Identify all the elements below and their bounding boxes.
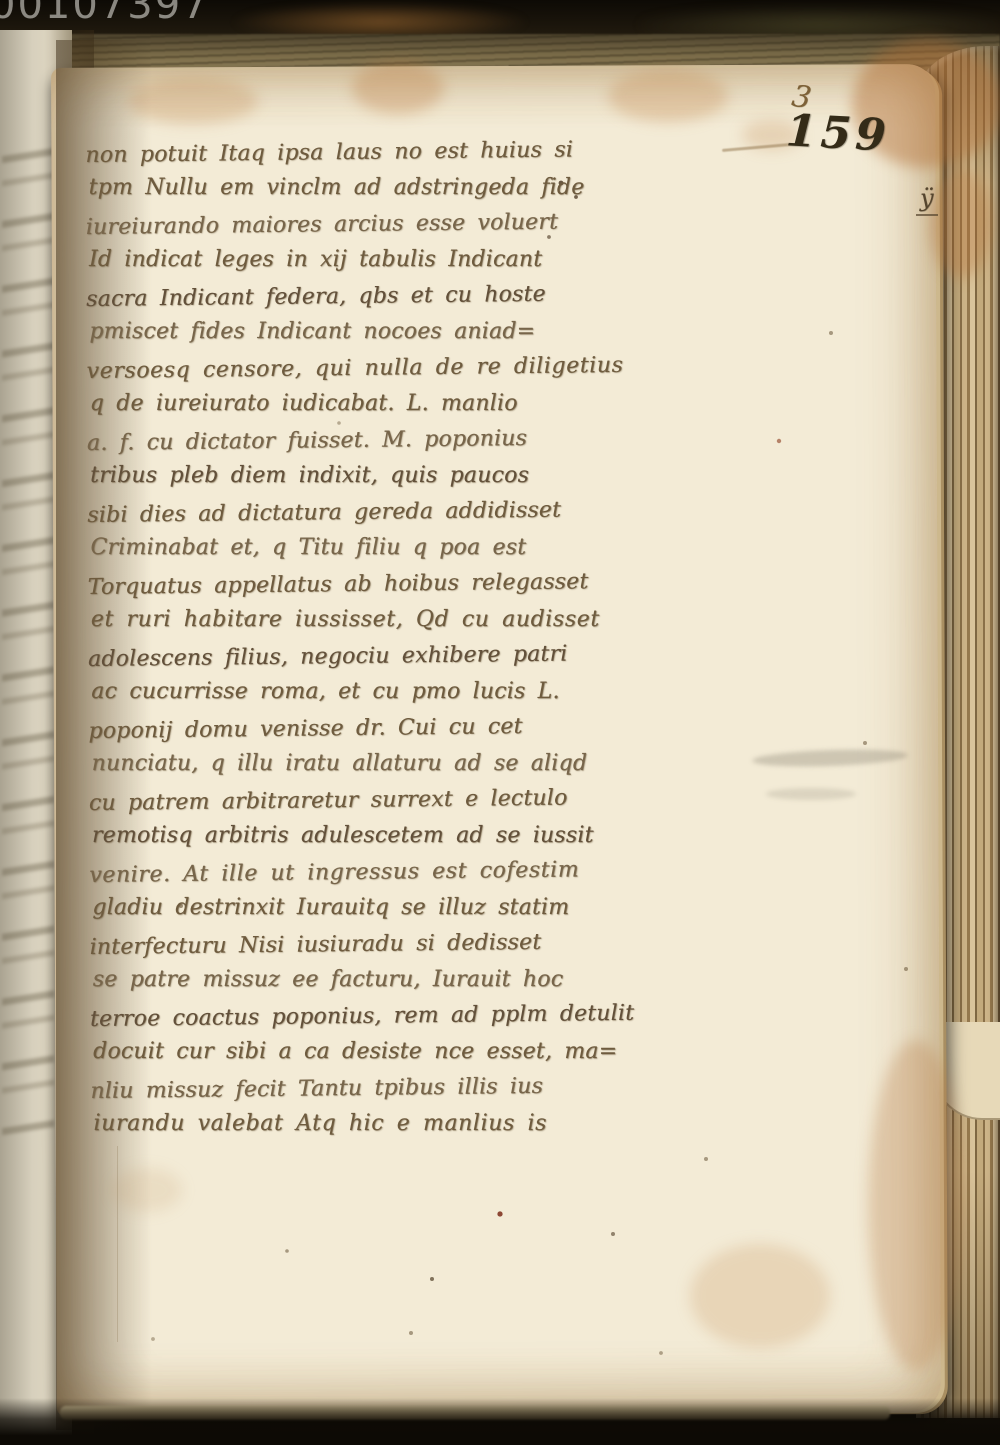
manuscript-line: tribus pleb diem indixit, quis paucos: [90, 458, 790, 494]
manuscript-line: Torquatus appellatus ab hoibus relegasse…: [88, 562, 788, 606]
manuscript-line: iurandu valebat Atq hic e manlius is: [94, 1106, 794, 1142]
manuscript-line: a. f. cu dictator fuisset. M. poponius: [87, 418, 787, 462]
book-bottom-background: [0, 1398, 1000, 1445]
manuscript-line: Criminabat et, q Titu filiu q poa est: [91, 530, 791, 566]
digitization-id-watermark: 00107397: [0, 0, 210, 28]
manuscript-line: ac cucurrisse roma, et cu pmo lucis L.: [91, 674, 791, 710]
manuscript-line: nliu missuz fecit Tantu tpibus illis ius: [90, 1066, 790, 1110]
manuscript-line: interfecturu Nisi iusiuradu si dedisset: [89, 922, 789, 966]
manuscript-line: poponij domu venisse dr. Cui cu cet: [88, 706, 788, 750]
manuscript-line: Id indicat leges in xij tabulis Indicant: [89, 242, 789, 278]
margin-quire-mark: ÿ: [920, 184, 934, 212]
manuscript-line: non potuit Itaq ipsa laus no est huius s…: [85, 130, 785, 174]
manuscript-line: terroe coactus poponius, rem ad pplm det…: [90, 994, 790, 1038]
manuscript-line: iureiurando maiores arcius esse voluert: [86, 202, 786, 246]
manuscript-line: gladiu destrinxit Iurauitq se illuz stat…: [92, 890, 792, 926]
manuscript-scan: non potuit Itaq ipsa laus no est huius s…: [0, 0, 1000, 1445]
manuscript-line: sibi dies ad dictatura gereda addidisset: [87, 490, 787, 534]
manuscript-line: et ruri habitare iussisset, Qd cu audiss…: [91, 602, 791, 638]
paper-chain-line: [117, 1146, 118, 1342]
folio-number: 159: [785, 105, 891, 161]
manuscript-line: q de iureiurato iudicabat. L. manlio: [90, 386, 790, 422]
manuscript-line: pmiscet fides Indicant nocoes aniad=: [89, 314, 789, 350]
manuscript-text-block: non potuit Itaq ipsa laus no est huius s…: [85, 132, 790, 1144]
manuscript-line: se patre missuz ee facturu, Iurauit hoc: [93, 962, 793, 998]
manuscript-line: sacra Indicant federa, qbs et cu hoste: [86, 274, 786, 318]
manuscript-line: docuit cur sibi a ca desiste nce esset, …: [93, 1034, 793, 1070]
manuscript-line: versoesq censore, qui nulla de re dilige…: [86, 346, 786, 390]
manuscript-line: remotisq arbitris adulescetem ad se iuss…: [92, 818, 792, 854]
manuscript-line: cu patrem arbitraretur surrext e lectulo: [89, 778, 789, 822]
manuscript-line: venire. At ille ut ingressus est cofesti…: [89, 850, 789, 894]
manuscript-line: adolescens filius, negociu exhibere patr…: [88, 634, 788, 678]
manuscript-line: nunciatu, q illu iratu allaturu ad se al…: [92, 746, 792, 782]
manuscript-line: tpm Nullu em vinclm ad adstringeda fide: [89, 170, 789, 206]
